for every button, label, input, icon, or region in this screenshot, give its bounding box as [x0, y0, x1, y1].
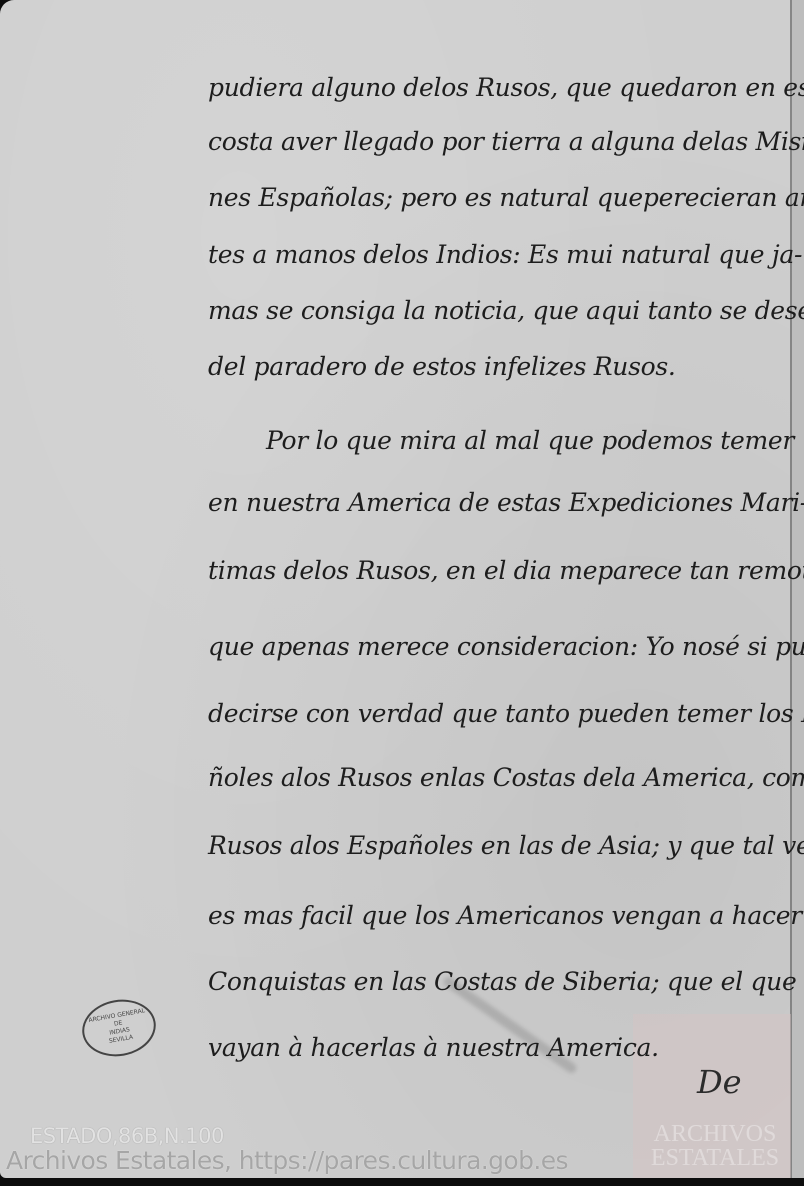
text-line: costa aver llegado por tierra a alguna d… — [208, 126, 793, 158]
catchword: De — [697, 1063, 742, 1101]
text-line: Rusos alos Españoles en las de Asia; y q… — [208, 830, 793, 862]
text-line: Conquistas en las Costas de Siberia; que… — [208, 966, 793, 998]
watermark-line: ARCHIVOS — [640, 1122, 790, 1146]
text-line: pudiera alguno delos Rusos, que quedaron… — [208, 72, 793, 104]
text-line: nes Españolas; pero es natural quepereci… — [208, 182, 793, 214]
text-line: timas delos Rusos, en el dia meparece ta… — [208, 555, 793, 587]
text-line: del paradero de estos infelizes Rusos. — [208, 351, 793, 383]
document-reference: ESTADO,86B,N.100 — [30, 1124, 224, 1148]
text-line: decirse con verdad que tanto pueden teme… — [208, 698, 793, 730]
text-line: en nuestra America de estas Expediciones… — [208, 487, 793, 519]
text-line: que apenas merece consideracion: Yo nosé… — [208, 631, 793, 663]
text-line: ñoles alos Rusos enlas Costas dela Ameri… — [208, 762, 793, 794]
text-line: vayan à hacerlas à nuestra America. — [208, 1032, 793, 1064]
text-line: tes a manos delos Indios: Es mui natural… — [208, 239, 793, 271]
text-line-paragraph-start: Por lo que mira al mal que podemos temer — [266, 425, 804, 457]
text-line: mas se consiga la noticia, que aqui tant… — [208, 295, 793, 327]
watermark-line: ESTATALES — [640, 1146, 790, 1170]
source-attribution: Archivos Estatales, https://pares.cultur… — [6, 1146, 568, 1175]
text-line: es mas facil que los Americanos vengan a… — [208, 900, 793, 932]
watermark-logo-text: ARCHIVOS ESTATALES — [640, 1122, 790, 1170]
